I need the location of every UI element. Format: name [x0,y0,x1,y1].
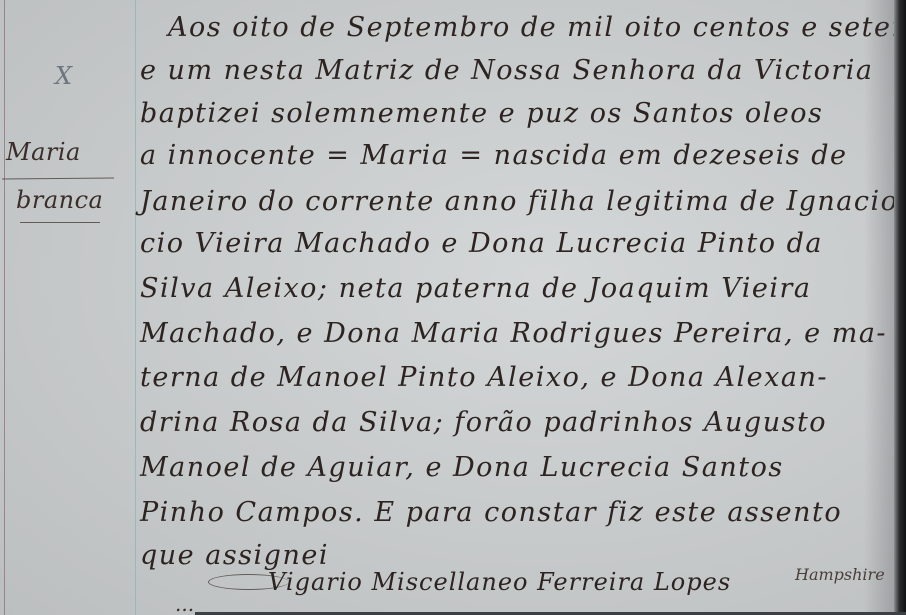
left-edge-rule [4,0,5,615]
record-line: Aos oito de Septembro de mil oito centos… [168,12,906,43]
margin-rule [135,0,136,615]
margin-name-underline [2,178,114,180]
margin-name-underline [20,222,100,223]
register-page: X Maria branca Aos oito de Septembro de … [0,0,906,615]
margin-mark-x: X [55,62,72,90]
binding-shadow [864,0,894,615]
record-line: a innocente = Maria = nascida em dezesei… [140,140,848,171]
priest-signature: Vigario Miscellaneo Ferreira Lopes [268,568,731,596]
record-line: Machado, e Dona Maria Rodrigues Pereira,… [140,318,887,349]
book-binding-edge [894,0,906,615]
record-line: e um nesta Matriz de Nossa Senhora da Vi… [140,55,874,86]
record-line: Janeiro do corrente anno filha legitima … [140,186,898,217]
bottom-text-fragment: ... [175,592,194,615]
record-line: baptizei solemnemente e puz os Santos ol… [140,98,823,129]
record-line: que assignei [140,540,329,571]
margin-name-first: Maria [6,138,81,166]
record-line: drina Rosa da Silva; forão padrinhos Aug… [140,407,827,438]
margin-name-second: branca [16,186,103,214]
record-line: cio Vieira Machado e Dona Lucrecia Pinto… [140,228,823,259]
record-line: Manoel de Aguiar, e Dona Lucrecia Santos [140,452,784,483]
record-line: Pinho Campos. E para constar fiz este as… [140,497,842,528]
record-line: terna de Manoel Pinto Aleixo, e Dona Ale… [140,362,828,393]
record-line: Silva Aleixo; neta paterna de Joaquim Vi… [140,273,811,304]
